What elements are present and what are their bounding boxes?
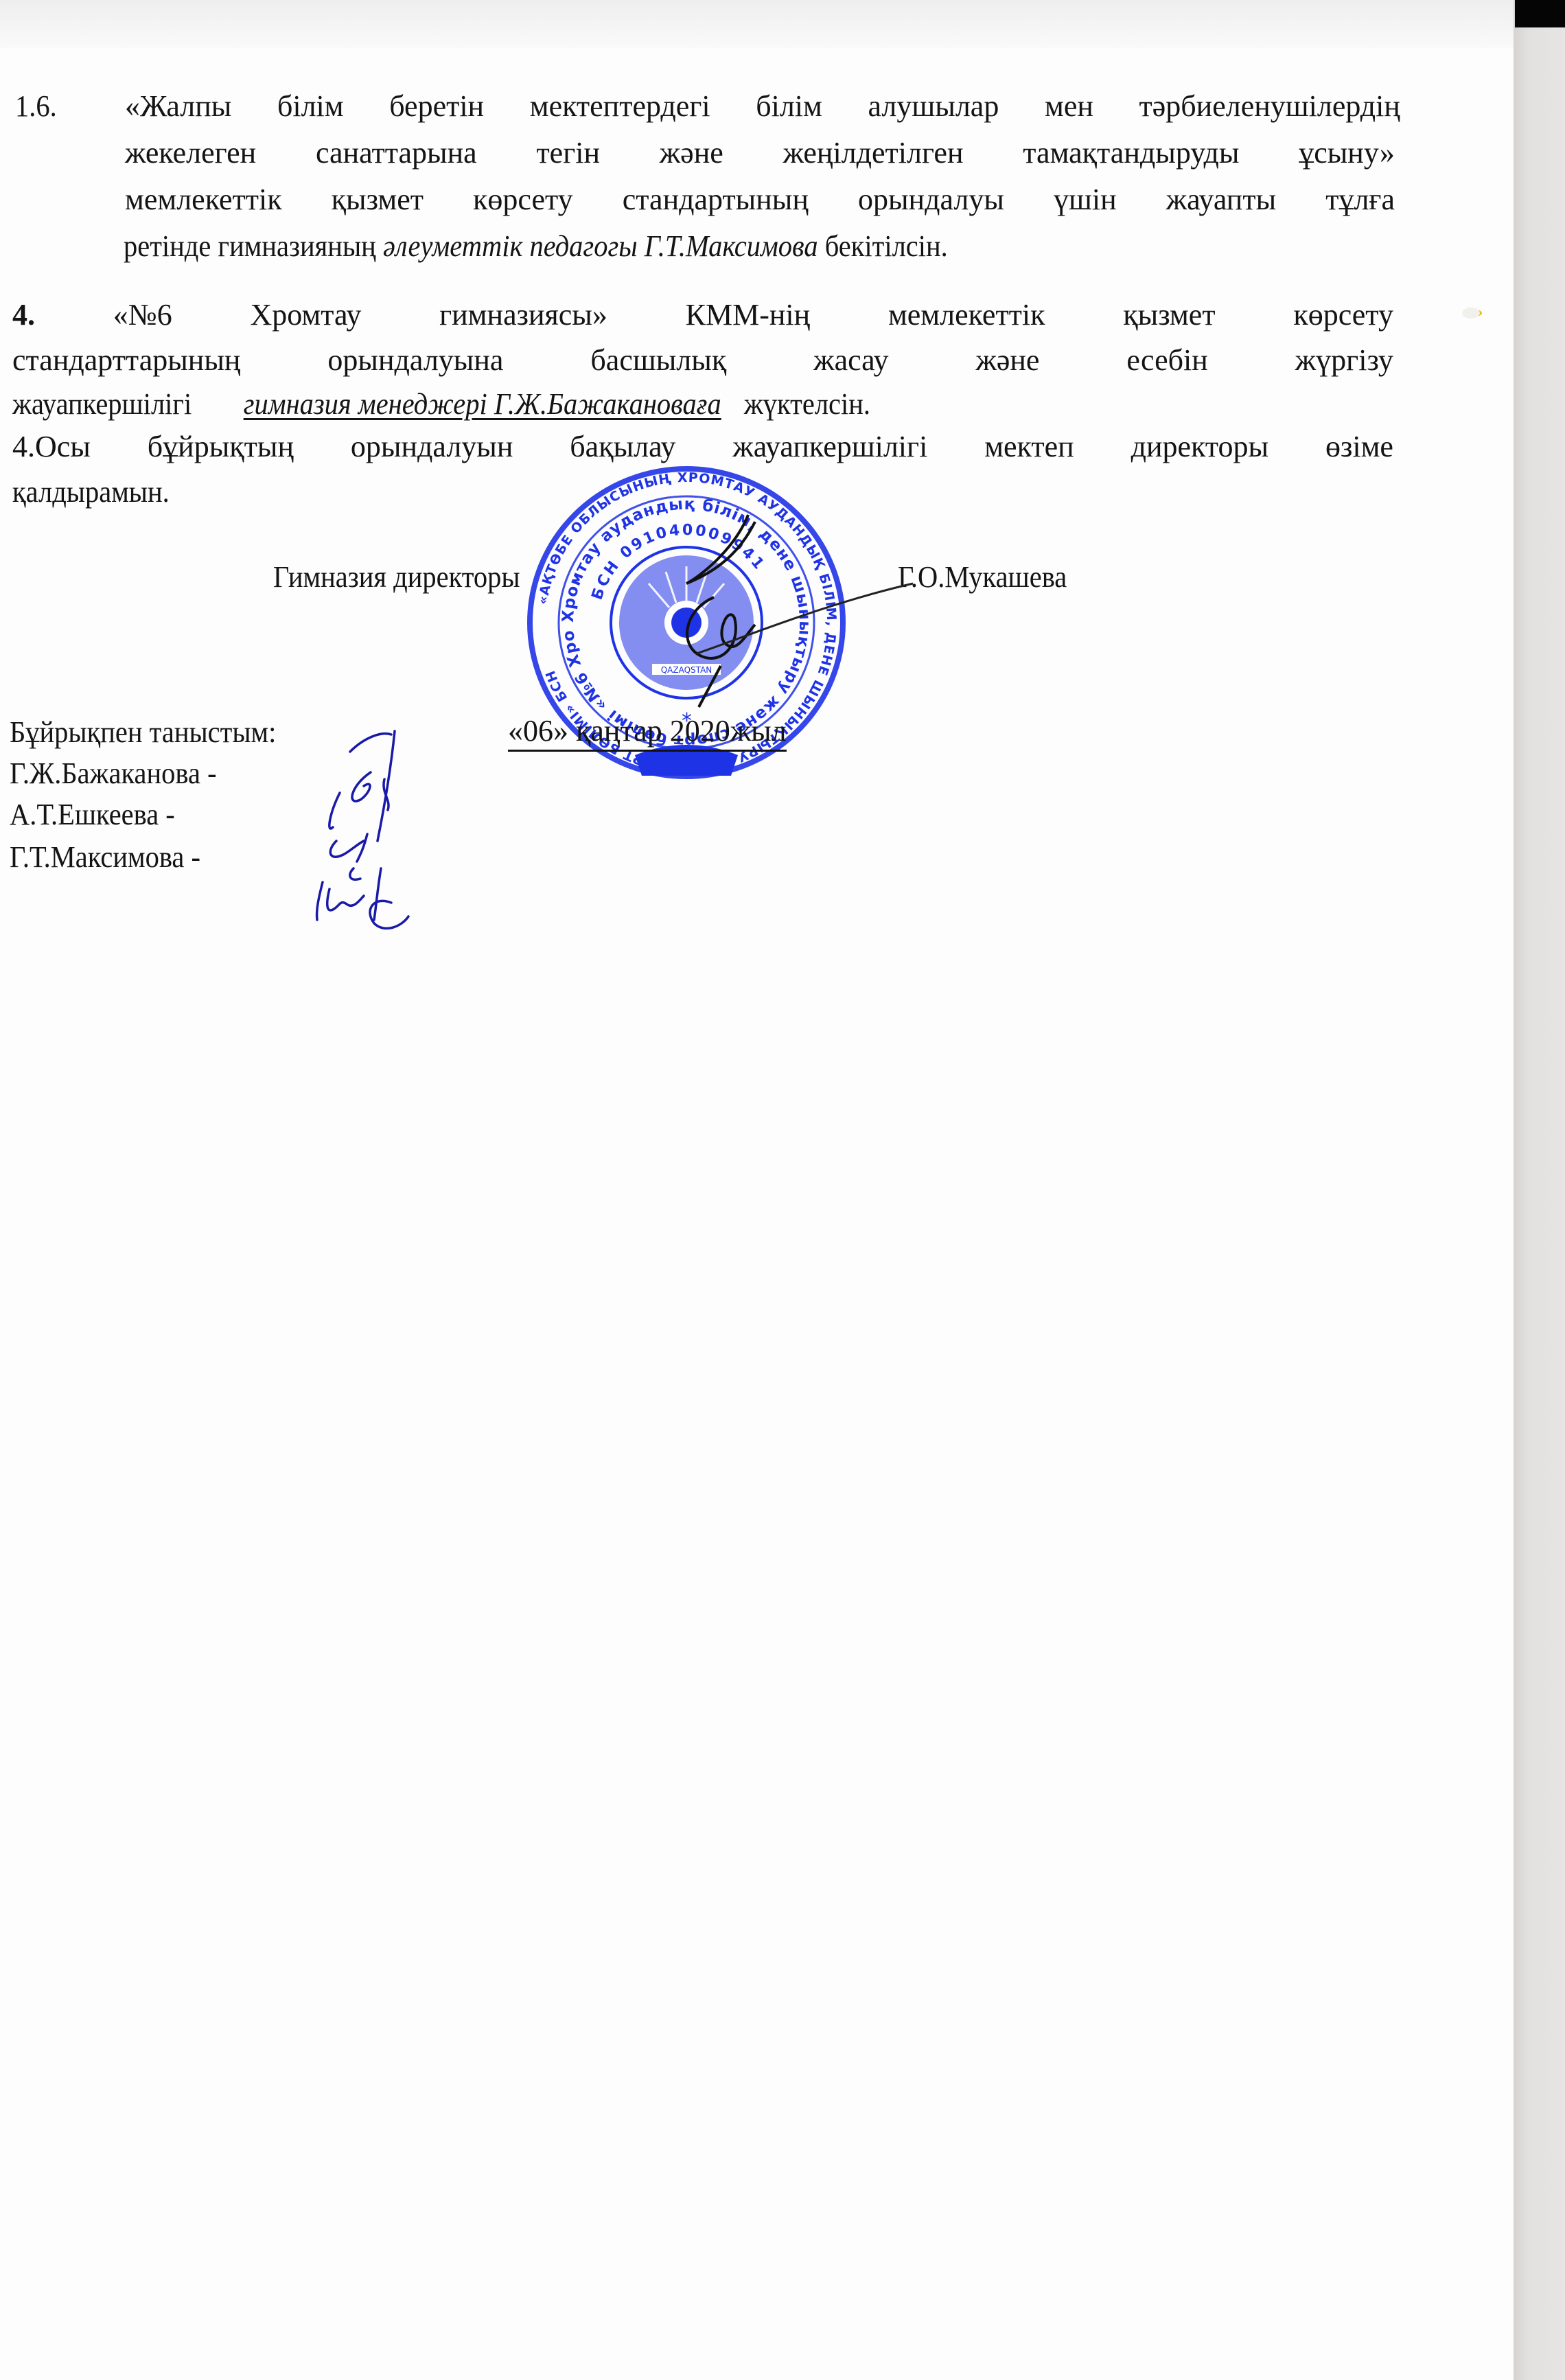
staff-signatures [261, 724, 426, 930]
item-number: 1.6. [15, 88, 57, 125]
appointee-name: әлеуметтік педагогы Г.Т.Максимова [383, 229, 818, 263]
acknowledgement-person: Г.Ж.Бажаканова - [10, 755, 217, 792]
word: тамақтандыруды [1023, 135, 1239, 172]
scan-edge-black-block [1515, 0, 1565, 27]
word: стандартының [623, 181, 809, 218]
text: жауапкершілігі [12, 387, 192, 421]
word: өзіме [1325, 428, 1393, 465]
word: тәрбиеленушілердің [1139, 88, 1400, 125]
word: мемлекеттік [125, 181, 282, 218]
item-number: 4. [12, 297, 35, 334]
word: білім [277, 88, 344, 125]
word: директоры [1131, 428, 1268, 465]
manager-name: гимназия менеджері Г.Ж.Бажакановаға [244, 387, 721, 421]
word: басшылық [590, 342, 726, 379]
word: есебін [1126, 342, 1207, 379]
word: үшін [1054, 181, 1117, 218]
word: және [975, 342, 1039, 379]
word: көрсету [473, 181, 573, 218]
acknowledgement-heading: Бұйрықпен таныстым: [10, 714, 276, 751]
acknowledgement-person: Г.Т.Максимова - [10, 839, 200, 876]
word: жеңілдетілген [783, 135, 964, 172]
word: жүргізу [1295, 342, 1393, 379]
word: ұсыну» [1299, 135, 1395, 172]
paragraph-line: «Жалпы білім беретін мектептердегі білім… [125, 88, 1400, 125]
word: санаттарына [316, 135, 477, 172]
word: көрсету [1293, 297, 1393, 334]
word: алушылар [868, 88, 999, 125]
word: жауапкершілігі [732, 428, 927, 465]
word: тегін [536, 135, 600, 172]
word: стандарттарының [12, 342, 240, 379]
paragraph-line: жекелеген санаттарына тегін және жеңілде… [125, 135, 1395, 172]
word: жауапты [1166, 181, 1276, 218]
word: жасау [813, 342, 888, 379]
paragraph-line: жауапкершілігі гимназия менеджері Г.Ж.Ба… [12, 386, 870, 423]
word: қызмет [332, 181, 424, 218]
text: жүктелсін. [744, 387, 870, 421]
paper-speck [1462, 308, 1480, 319]
word: «№6 [113, 297, 172, 334]
paragraph-line: мемлекеттік қызмет көрсету стандартының … [125, 181, 1395, 218]
scan-edge-strip [1514, 0, 1565, 2380]
word: 4.Осы [12, 428, 91, 465]
word: гимназиясы» [439, 297, 607, 334]
word: мемлекеттік [888, 297, 1045, 334]
text: ретінде гимназияның [124, 229, 383, 263]
word: Хромтау [250, 297, 361, 334]
text: бекітілсін. [818, 229, 948, 263]
acknowledgement-person: А.Т.Ешкеева - [10, 796, 175, 833]
director-signature [618, 508, 920, 714]
director-name: Г.О.Мукашева [898, 559, 1067, 596]
paragraph-line: 4. «№6 Хромтау гимназиясы» КММ-нің мемле… [12, 297, 1393, 334]
scan-top-shade [0, 0, 1514, 48]
word: «Жалпы [125, 88, 231, 125]
word: орындалуын [351, 428, 513, 465]
word: мектеп [984, 428, 1074, 465]
word: бұйрықтың [148, 428, 294, 465]
word: орындалуы [858, 181, 1004, 218]
order-date: «06» қаңтар 2020жыл [508, 713, 787, 752]
word: тұлға [1325, 181, 1395, 218]
word: және [660, 135, 723, 172]
word: мектептердегі [530, 88, 710, 125]
word: орындалуына [327, 342, 503, 379]
word: білім [756, 88, 822, 125]
word: КММ-нің [686, 297, 811, 334]
paragraph-line: стандарттарының орындалуына басшылық жас… [12, 342, 1393, 379]
paragraph-line: 4.Осы бұйрықтың орындалуын бақылау жауап… [12, 428, 1393, 465]
word: мен [1045, 88, 1093, 125]
word: беретін [389, 88, 484, 125]
word: қызмет [1123, 297, 1215, 334]
paragraph-line: ретінде гимназияның әлеуметтік педагогы … [124, 228, 948, 265]
word: жекелеген [125, 135, 256, 172]
director-title: Гимназия директоры [273, 559, 520, 596]
word: бақылау [570, 428, 675, 465]
paragraph-line: қалдырамын. [12, 474, 170, 511]
